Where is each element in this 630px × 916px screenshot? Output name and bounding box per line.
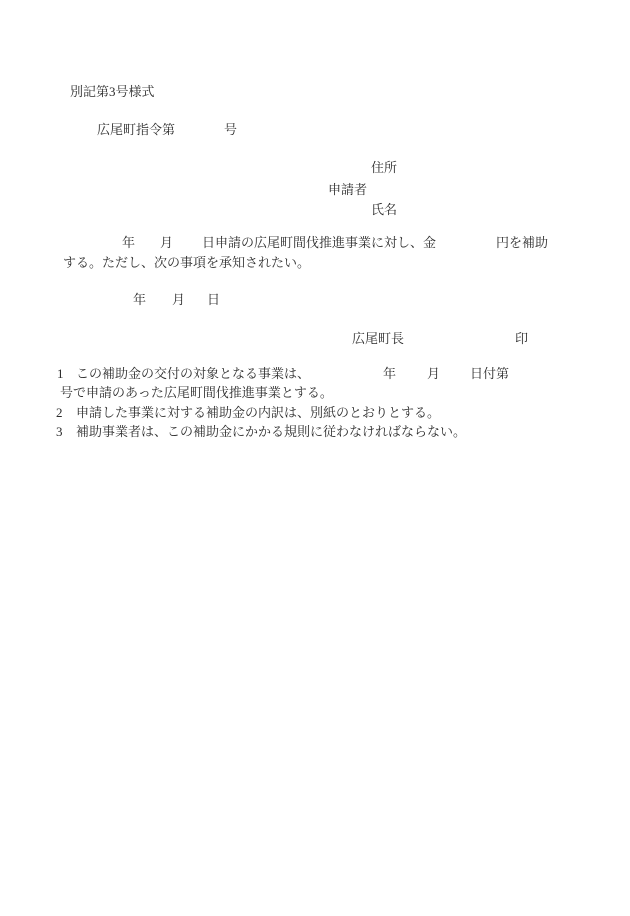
- grant-main-text: 日申請の広尾町間伐推進事業に対し、金: [202, 235, 436, 250]
- mayor-title-label: 広尾町長: [352, 331, 404, 346]
- directive-number-line: 広尾町指令第 号: [0, 122, 630, 141]
- address-label: 住所: [371, 160, 397, 175]
- item1-year-label: 年: [383, 366, 396, 381]
- issue-day-label: 日: [207, 292, 220, 307]
- issue-date-line: 年 月 日: [0, 292, 630, 311]
- condition-item3-line: 3 補助事業者は、この補助金にかかる規則に従わなければならない。: [0, 424, 630, 443]
- item3-number: 3: [56, 424, 63, 439]
- applicant-label: 申請者: [328, 182, 367, 197]
- condition-item1-line1: 1 この補助金の交付の対象となる事業は、 年 月 日付第: [0, 366, 630, 385]
- condition-item1-line2: 号で申請のあった広尾町間伐推進事業とする。: [0, 385, 630, 404]
- applicant-name-line: 氏名: [0, 202, 630, 221]
- grant-paragraph-line2: する。ただし、次の事項を承知されたい。: [0, 255, 630, 274]
- item2-number: 2: [56, 405, 63, 420]
- directive-prefix-label: 広尾町指令第: [97, 122, 175, 137]
- form-number-label: 別記第3号様式: [70, 84, 155, 99]
- grant-tail-text: 円を補助: [496, 235, 548, 250]
- item1-text: この補助金の交付の対象となる事業は、: [76, 366, 310, 381]
- form-label-line: 別記第3号様式: [0, 84, 630, 103]
- condition-item2-line: 2 申請した事業に対する補助金の内訳は、別紙のとおりとする。: [0, 405, 630, 424]
- grant-year-label: 年: [122, 235, 135, 250]
- issue-month-label: 月: [172, 292, 185, 307]
- item3-text: 補助事業者は、この補助金にかかる規則に従わなければならない。: [76, 424, 466, 439]
- applicant-title-line: 申請者: [0, 182, 630, 201]
- item2-text: 申請した事業に対する補助金の内訳は、別紙のとおりとする。: [76, 405, 440, 420]
- item1-number: 1: [57, 366, 64, 381]
- grant-proviso-text: する。ただし、次の事項を承知されたい。: [63, 255, 310, 270]
- signature-line: 広尾町長 印: [0, 331, 630, 350]
- item1-day-prefix-label: 日付第: [470, 366, 509, 381]
- applicant-address-line: 住所: [0, 160, 630, 179]
- grant-month-label: 月: [160, 235, 173, 250]
- issue-year-label: 年: [133, 292, 146, 307]
- item1-month-label: 月: [427, 366, 440, 381]
- seal-label: 印: [515, 331, 528, 346]
- grant-paragraph-line1: 年 月 日申請の広尾町間伐推進事業に対し、金 円を補助: [0, 235, 630, 254]
- name-label: 氏名: [371, 202, 397, 217]
- document-page: 別記第3号様式 広尾町指令第 号 住所 申請者 氏名 年 月 日申請の広尾町間伐…: [0, 0, 630, 916]
- item1-continuation-text: 号で申請のあった広尾町間伐推進事業とする。: [60, 385, 333, 400]
- directive-suffix-label: 号: [224, 122, 237, 137]
